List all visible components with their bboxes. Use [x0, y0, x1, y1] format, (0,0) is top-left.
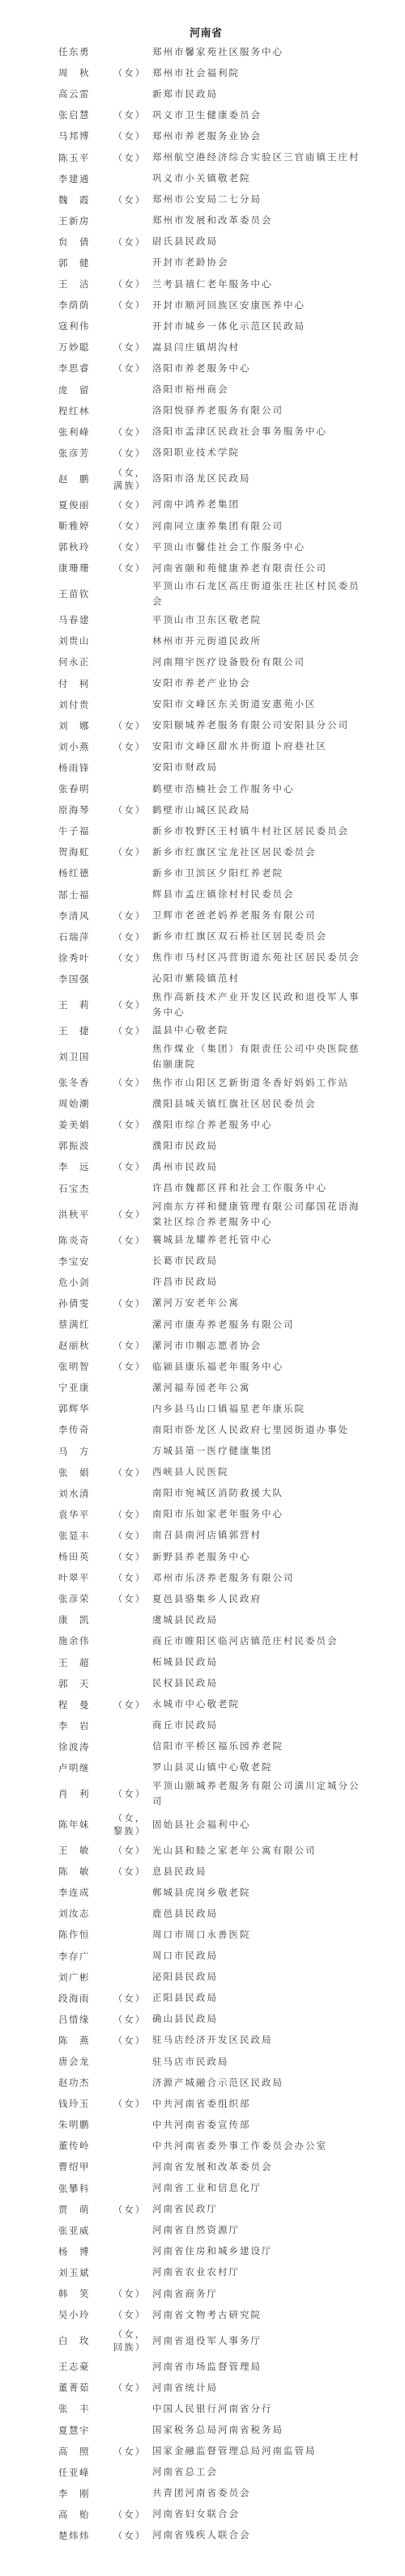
organization-name: 焦作市山阳区艺新街道冬香好妈妈工作站 — [152, 1075, 363, 1091]
list-item: 姜美娟 （女） 濮阳市综合养老服务中心 — [0, 1114, 405, 1135]
gender-ethnicity-note: （女） — [109, 2097, 151, 2110]
organization-name: 邓州市乐济养老服务有限公司 — [152, 1570, 363, 1586]
list-item: 马 方 方城县第一医疗健康集团 — [0, 1441, 405, 1462]
organization-name: 柘城县民政局 — [152, 1654, 363, 1670]
list-item: 夏慧宇 国家税务总局河南省税务局 — [0, 2419, 405, 2440]
person-name: 郭振波 — [58, 1139, 109, 1152]
organization-name: 卫辉市老爸老妈养老服务有限公司 — [152, 908, 363, 923]
person-name: 郭秋玲 — [58, 540, 109, 553]
organization-name: 南阳市宛城区消防救援大队 — [152, 1485, 363, 1501]
organization-name: 新郑市民政局 — [152, 87, 363, 102]
list-item: 高 贻 （女） 河南省妇女联合会 — [0, 2504, 405, 2525]
gender-ethnicity-note: （女） — [109, 498, 151, 511]
list-item: 周始潮 濮阳县城关镇红旗社区居民委员会 — [0, 1093, 405, 1114]
gender-ethnicity-note: （女） — [109, 1698, 151, 1711]
organization-name: 新乡市卫滨区夕阳红养老院 — [152, 866, 363, 881]
organization-name: 平顶山市馨佳社会工作服务中心 — [152, 540, 363, 555]
list-item: 王 洁 （女） 兰考县禧仁老年服务中心 — [0, 273, 405, 294]
person-name: 高 照 — [58, 2445, 109, 2458]
organization-name: 信阳市平桥区福乐园养老院 — [152, 1739, 363, 1754]
list-item: 董传岭 中共河南省委外事工作委员会办公室 — [0, 2135, 405, 2156]
organization-name: 夏邑县骆集乡人民政府 — [152, 1591, 363, 1607]
organization-name: 中共河南省委组织部 — [152, 2096, 363, 2112]
person-name: 张启慧 — [58, 108, 109, 121]
gender-ethnicity-note: （女，满族） — [109, 466, 151, 492]
person-name: 石宝杰 — [58, 1182, 109, 1195]
person-name: 张彦芳 — [58, 447, 109, 460]
organization-name: 平顶山市卫东区敬老院 — [152, 612, 363, 628]
organization-name: 郑州市馨家苑社区服务中心 — [152, 44, 363, 60]
gender-ethnicity-note: （女） — [109, 1865, 151, 1878]
list-item: 李存广 周口市民政局 — [0, 1946, 405, 1967]
organization-name: 国家税务总局河南省税务局 — [152, 2422, 363, 2438]
organization-name: 虞城县民政局 — [152, 1612, 363, 1628]
person-name: 康珊珊 — [58, 561, 109, 574]
organization-name: 洛阳悦驿养老服务有限公司 — [152, 403, 363, 418]
organization-name: 方城县第一医疗健康集团 — [152, 1443, 363, 1459]
list-item: 马春建 平顶山市卫东区敬老院 — [0, 609, 405, 630]
list-item: 康珊珊 （女） 河南省颐和苑健康养老有限责任公司 — [0, 557, 405, 578]
gender-ethnicity-note: （女） — [109, 1118, 151, 1131]
person-name: 张 丰 — [58, 2402, 109, 2415]
person-name: 原海琴 — [58, 803, 109, 816]
list-item: 蔡满红 漯河市康寿养老服务有限公司 — [0, 1314, 405, 1335]
person-name: 李传奇 — [58, 1423, 109, 1436]
list-item: 贠 倩 （女） 尉氏县民政局 — [0, 231, 405, 252]
organization-name: 兰考县禧仁老年服务中心 — [152, 277, 363, 292]
list-item: 钱玲玉 （女） 中共河南省委组织部 — [0, 2093, 405, 2114]
organization-name: 商丘市睢阳区临河店镇范庄村民委员会 — [152, 1633, 363, 1649]
person-name: 赵 鹏 — [58, 472, 109, 485]
person-name: 李 远 — [58, 1160, 109, 1173]
list-item: 段海雨 （女） 正阳县民政局 — [0, 1988, 405, 2009]
gender-ethnicity-note: （女） — [109, 2013, 151, 2026]
organization-name: 洛阳市养老服务中心 — [152, 361, 363, 376]
organization-name: 温县中心敬老院 — [152, 1023, 363, 1038]
person-name: 夏慧宇 — [58, 2424, 109, 2437]
list-item: 李 岩 商丘市民政局 — [0, 1715, 405, 1736]
list-item: 危小剑 许昌市民政局 — [0, 1272, 405, 1293]
list-item: 李国强 沁阳市紫陵镇范村 — [0, 968, 405, 989]
person-name: 楚炜炜 — [58, 2529, 109, 2542]
list-item: 任亚峰 河南省总工会 — [0, 2462, 405, 2483]
person-name: 韩 笑 — [58, 2287, 109, 2300]
organization-name: 濮阳县城关镇红旗社区居民委员会 — [152, 1096, 363, 1112]
organization-name: 长葛市民政局 — [152, 1253, 363, 1269]
list-item: 张春明 鹤壁市浩楠社会工作服务中心 — [0, 778, 405, 799]
person-name: 石瑞萍 — [58, 930, 109, 943]
list-item: 王新房 郑州市发展和改革委员会 — [0, 210, 405, 231]
list-item: 李宝安 长葛市民政局 — [0, 1251, 405, 1272]
list-item: 叶翠平 （女） 邓州市乐济养老服务有限公司 — [0, 1567, 405, 1588]
organization-name: 鹤壁市山城区民政局 — [152, 803, 363, 818]
gender-ethnicity-note: （女） — [109, 1466, 151, 1479]
gender-ethnicity-note: （女） — [109, 1234, 151, 1247]
list-item: 寇利伟 开封市城乡一体化示范区民政局 — [0, 316, 405, 337]
person-name: 张利峰 — [58, 426, 109, 439]
list-item: 赵 鹏 （女，满族） 洛阳市洛龙区民政局 — [0, 464, 405, 494]
list-item: 郭 天 民权县民政局 — [0, 1673, 405, 1694]
organization-name: 河南省工业和信息化厅 — [152, 2180, 363, 2196]
list-item: 周 秋 （女） 郑州市社会福利院 — [0, 62, 405, 83]
gender-ethnicity-note: （女） — [109, 2445, 151, 2458]
list-item: 石瑞萍 （女） 新乡市红旗区双石桥社区居民委员会 — [0, 926, 405, 947]
organization-name: 河南省妇女联合会 — [152, 2506, 363, 2522]
organization-name: 河南省文物考古研究院 — [152, 2307, 363, 2323]
list-item: 楚炜炜 （女） 河南省残疾人联合会 — [0, 2525, 405, 2546]
list-item: 刘汝志 鹿邑县民政局 — [0, 1903, 405, 1924]
list-item: 李清风 （女） 卫辉市老爸老妈养老服务有限公司 — [0, 905, 405, 926]
gender-ethnicity-note: （女） — [109, 951, 151, 964]
person-name: 蔡满红 — [58, 1318, 109, 1331]
list-item: 李 刚 共青团河南省委员会 — [0, 2483, 405, 2504]
organization-name: 安阳市养老产业协会 — [152, 676, 363, 691]
person-name: 郜士福 — [58, 888, 109, 901]
list-item: 王 莉 （女） 焦作高新技术产业开发区民政和退役军人事务中心 — [0, 989, 405, 1020]
list-item: 刘广彬 泌阳县民政局 — [0, 1967, 405, 1988]
list-item: 赵功杰 济源产城融合示范区民政局 — [0, 2072, 405, 2093]
person-name: 唐会龙 — [58, 2055, 109, 2068]
organization-name: 罗山县灵山镇中心敬老院 — [152, 1760, 363, 1775]
gender-ethnicity-note: （女） — [109, 845, 151, 858]
gender-ethnicity-note: （女） — [109, 909, 151, 922]
organization-name: 河南省自然资源厅 — [152, 2222, 363, 2238]
list-item: 贺海虹 （女） 新乡市红旗区宝龙社区居民委员会 — [0, 841, 405, 862]
person-name: 杨 博 — [58, 2245, 109, 2258]
person-name: 贺海虹 — [58, 845, 109, 858]
list-item: 杨雨锋 安阳市财政局 — [0, 757, 405, 778]
organization-name: 焦作市马村区冯营街道东苑社区居民委员会 — [152, 950, 363, 965]
organization-name: 开封市顺河回族区安康医养中心 — [152, 298, 363, 313]
organization-name: 南召县南河店镇郭营村 — [152, 1527, 363, 1543]
person-name: 郭 天 — [58, 1677, 109, 1690]
person-name: 卢明继 — [58, 1761, 109, 1774]
gender-ethnicity-note: （女） — [109, 235, 151, 248]
organization-name: 西峡县人民医院 — [152, 1464, 363, 1480]
list-item: 程红林 洛阳悦驿养老服务有限公司 — [0, 400, 405, 422]
person-name: 刘玉斌 — [58, 2266, 109, 2279]
gender-ethnicity-note: （女） — [109, 519, 151, 532]
person-name: 靳雅婷 — [58, 519, 109, 532]
list-item: 李荫荫 （女） 开封市顺河回族区安康医养中心 — [0, 294, 405, 316]
list-item: 靳雅婷 （女） 河南同立康养集团有限公司 — [0, 515, 405, 536]
organization-name: 濮阳市综合养老服务中心 — [152, 1117, 363, 1133]
list-item: 张彦芳 （女） 洛阳职业技术学院 — [0, 443, 405, 464]
list-item: 张亚威 河南省自然资源厅 — [0, 2220, 405, 2241]
list-item: 石宝杰 许昌市魏都区祥和社会工作服务中心 — [0, 1178, 405, 1199]
list-item: 刘玉斌 河南省农业农村厅 — [0, 2262, 405, 2283]
person-name: 刘 娜 — [58, 719, 109, 732]
person-name: 高云雷 — [58, 87, 109, 100]
list-item: 宁亚康 漯河福寿园老年公寓 — [0, 1377, 405, 1398]
gender-ethnicity-note: （女） — [109, 1571, 151, 1584]
gender-ethnicity-note: （女） — [109, 108, 151, 121]
organization-name: 洛阳职业技术学院 — [152, 445, 363, 460]
person-name: 康 凯 — [58, 1613, 109, 1626]
gender-ethnicity-note: （女） — [109, 1360, 151, 1373]
person-name: 肖 利 — [58, 1787, 109, 1800]
organization-name: 河南省市场监督管理局 — [152, 2359, 363, 2375]
list-item: 魏 霞 （女） 郑州市公安局二七分局 — [0, 189, 405, 210]
organization-name: 河南翔宇医疗设备股份有限公司 — [152, 655, 363, 670]
person-name: 高 贻 — [58, 2508, 109, 2521]
person-name: 姜美娟 — [58, 1118, 109, 1131]
list-item: 张 丰 中国人民银行河南省分行 — [0, 2398, 405, 2419]
gender-ethnicity-note: （女） — [109, 362, 151, 375]
gender-ethnicity-note: （女） — [109, 278, 151, 290]
list-item: 刘贵山 林州市开元街道民政所 — [0, 630, 405, 651]
person-name: 陈玉平 — [58, 151, 109, 164]
gender-ethnicity-note: （女） — [109, 2034, 151, 2047]
list-item: 王志豪 河南省市场监督管理局 — [0, 2356, 405, 2377]
person-name: 李宝安 — [58, 1255, 109, 1268]
person-name: 徐波涛 — [58, 1740, 109, 1753]
list-item: 郭振波 濮阳市民政局 — [0, 1135, 405, 1156]
organization-name: 沁阳市紫陵镇范村 — [152, 971, 363, 986]
organization-name: 泌阳县民政局 — [152, 1969, 363, 1985]
person-name: 李存广 — [58, 1950, 109, 1963]
list-item: 肖 利 （女） 平顶山颐城养老服务有限公司潢川定城分公司 — [0, 1778, 405, 1809]
person-name: 施余伟 — [58, 1634, 109, 1647]
person-name: 马邦博 — [58, 129, 109, 142]
list-item: 陈作恒 周口市周口永善医院 — [0, 1924, 405, 1945]
organization-name: 开封市城乡一体化示范区民政局 — [152, 319, 363, 334]
gender-ethnicity-note: （女） — [109, 426, 151, 439]
organization-name: 巩义市小关镇敬老院 — [152, 171, 363, 186]
gender-ethnicity-note: （女） — [109, 193, 151, 206]
gender-ethnicity-note: （女） — [109, 2203, 151, 2216]
gender-ethnicity-note: （女） — [109, 1592, 151, 1605]
list-item: 付 柯 安阳市养老产业协会 — [0, 673, 405, 694]
list-item: 施余伟 商丘市睢阳区临河店镇范庄村民委员会 — [0, 1630, 405, 1651]
person-name: 任东勇 — [58, 45, 109, 58]
person-name: 李连成 — [58, 1886, 109, 1899]
list-item: 万妙聪 （女） 嵩县闫庄镇胡沟村 — [0, 337, 405, 358]
gender-ethnicity-note: （女，黎族） — [109, 1811, 151, 1837]
list-item: 李建通 巩义市小关镇敬老院 — [0, 168, 405, 189]
organization-name: 中共河南省委宣传部 — [152, 2117, 363, 2133]
organization-name: 驻马店市民政局 — [152, 2054, 363, 2070]
organization-name: 河南省统计局 — [152, 2380, 363, 2396]
list-item: 卢明继 罗山县灵山镇中心敬老院 — [0, 1757, 405, 1778]
person-name: 王 莉 — [58, 998, 109, 1011]
organization-name: 共青团河南省委员会 — [152, 2485, 363, 2501]
gender-ethnicity-note: （女） — [109, 1844, 151, 1857]
gender-ethnicity-note: （女） — [109, 540, 151, 553]
list-item: 张启慧 （女） 巩义市卫生健康委员会 — [0, 104, 405, 125]
organization-name: 洛阳市洛龙区民政局 — [152, 471, 363, 486]
gender-ethnicity-note: （女） — [109, 1787, 151, 1800]
person-name: 吕惜缘 — [58, 2013, 109, 2026]
person-name: 周始潮 — [58, 1097, 109, 1110]
gender-ethnicity-note: （女） — [109, 740, 151, 753]
person-name: 刘贵山 — [58, 634, 109, 647]
gender-ethnicity-note: （女） — [109, 930, 151, 943]
organization-name: 南阳市卧龙区人民政府七里园街道办事处 — [152, 1422, 363, 1438]
person-name: 刘付贵 — [58, 698, 109, 711]
organization-name: 新乡市牧野区王村镇牛村社区居民委员会 — [152, 824, 363, 839]
list-item: 王 捷 （女） 温县中心敬老院 — [0, 1020, 405, 1041]
list-item: 程 曼 （女） 永城市中心敬老院 — [0, 1694, 405, 1715]
organization-name: 河南省民政厅 — [152, 2201, 363, 2217]
honoree-list: 任东勇 郑州市馨家苑社区服务中心 周 秋 （女） 郑州市社会福利院 高云雷 新郑… — [0, 41, 405, 2546]
organization-name: 许昌市民政局 — [152, 1274, 363, 1290]
organization-name: 漯河市康寿养老服务有限公司 — [152, 1317, 363, 1332]
organization-name: 固始县社会福利中心 — [152, 1817, 363, 1832]
person-name: 王 捷 — [58, 1024, 109, 1037]
organization-name: 河南省残疾人联合会 — [152, 2527, 363, 2543]
list-item: 杨 博 河南省住房和城乡建设厅 — [0, 2241, 405, 2262]
list-item: 李传奇 南阳市卧龙区人民政府七里园街道办事处 — [0, 1419, 405, 1440]
organization-name: 光山县和睦之家老年公寓有限公司 — [152, 1843, 363, 1858]
person-name: 程红林 — [58, 405, 109, 417]
organization-name: 河南省商务厅 — [152, 2286, 363, 2302]
list-item: 贾 萌 （女） 河南省民政厅 — [0, 2199, 405, 2220]
list-item: 韩 笑 （女） 河南省商务厅 — [0, 2283, 405, 2304]
organization-name: 河南省农业农村厅 — [152, 2265, 363, 2280]
organization-name: 河南东方祥和健康管理有限公司鄢国花语海棠社区综合养老服务中心 — [152, 1199, 363, 1230]
person-name: 贾 萌 — [58, 2203, 109, 2216]
organization-name: 焦作高新技术产业开发区民政和退役军人事务中心 — [152, 989, 363, 1020]
person-name: 段海雨 — [58, 1992, 109, 2005]
gender-ethnicity-note: （女） — [109, 998, 151, 1011]
person-name: 王 超 — [58, 1656, 109, 1669]
person-name: 王新房 — [58, 214, 109, 227]
person-name: 陈炎奇 — [58, 1234, 109, 1247]
person-name: 王志豪 — [58, 2360, 109, 2373]
person-name: 张冬香 — [58, 1076, 109, 1089]
list-item: 张显丰 （女） 南召县南河店镇郭营村 — [0, 1525, 405, 1546]
organization-name: 南阳市乐如家老年服务中心 — [152, 1506, 363, 1522]
person-name: 张攀科 — [58, 2182, 109, 2195]
list-item: 李连成 郸城县虎岗乡敬老院 — [0, 1882, 405, 1903]
person-name: 赵功杰 — [58, 2076, 109, 2089]
gender-ethnicity-note: （女） — [109, 1550, 151, 1563]
list-item: 洪秋平 （女） 河南东方祥和健康管理有限公司鄢国花语海棠社区综合养老服务中心 — [0, 1199, 405, 1230]
list-item: 陈玉平 （女） 郑州航空港经济综合实验区三官庙镇王庄村 — [0, 146, 405, 167]
list-item: 张明智 （女） 临颍县康乐福老年服务中心 — [0, 1356, 405, 1377]
person-name: 曹绍甲 — [58, 2160, 109, 2173]
list-item: 王 敏 （女） 光山县和睦之家老年公寓有限公司 — [0, 1840, 405, 1861]
gender-ethnicity-note: （女） — [109, 2381, 151, 2394]
organization-name: 周口市民政局 — [152, 1948, 363, 1964]
gender-ethnicity-note: （女） — [109, 341, 151, 354]
list-item: 张攀科 河南省工业和信息化厅 — [0, 2178, 405, 2199]
organization-name: 河南省颐和苑健康养老有限责任公司 — [152, 561, 363, 576]
organization-name: 河南省发展和改革委员会 — [152, 2159, 363, 2175]
gender-ethnicity-note: （女） — [109, 1339, 151, 1352]
person-name: 洪秋平 — [58, 1208, 109, 1221]
province-title: 河南省 — [0, 24, 405, 40]
person-name: 张 娟 — [58, 1466, 109, 1479]
gender-ethnicity-note: （女） — [109, 1992, 151, 2005]
organization-name: 济源产城融合示范区民政局 — [152, 2075, 363, 2091]
person-name: 袁华平 — [58, 1508, 109, 1521]
organization-name: 平顶山颐城养老服务有限公司潢川定城分公司 — [152, 1778, 363, 1809]
organization-name: 漯河市巾帼志愿者协会 — [152, 1338, 363, 1354]
gender-ethnicity-note: （女） — [109, 1297, 151, 1310]
gender-ethnicity-note: （女） — [109, 2287, 151, 2300]
person-name: 李 刚 — [58, 2487, 109, 2500]
organization-name: 正阳县民政局 — [152, 1990, 363, 2006]
list-item: 徐波涛 信阳市平桥区福乐园养老院 — [0, 1736, 405, 1757]
organization-name: 新野县养老服务中心 — [152, 1549, 363, 1565]
gender-ethnicity-note: （女） — [109, 66, 151, 79]
person-name: 万妙聪 — [58, 341, 109, 354]
organization-name: 漯河福寿园老年公寓 — [152, 1380, 363, 1396]
organization-name: 开封市老龄协会 — [152, 255, 363, 270]
list-item: 何永正 河南翔宇医疗设备股份有限公司 — [0, 651, 405, 672]
organization-name: 平顶山市石龙区高庄街道张庄社区村民委员会 — [152, 578, 363, 609]
person-name: 李思睿 — [58, 362, 109, 375]
organization-name: 漯河万安老年公寓 — [152, 1295, 363, 1311]
organization-name: 郑州市养老服务业协会 — [152, 129, 363, 144]
organization-name: 安阳市文峰区甜水井街道卜府巷社区 — [152, 739, 363, 754]
person-name: 董传岭 — [58, 2139, 109, 2152]
person-name: 孙倩雯 — [58, 1297, 109, 1310]
person-name: 赵丽秋 — [58, 1339, 109, 1352]
gender-ethnicity-note: （女） — [109, 299, 151, 311]
list-item: 吴小玲 （女） 河南省文物考古研究院 — [0, 2304, 405, 2325]
person-name: 贠 倩 — [58, 235, 109, 248]
organization-name: 河南中鸿养老集团 — [152, 497, 363, 512]
list-item: 杨红德 新乡市卫滨区夕阳红养老院 — [0, 862, 405, 883]
person-name: 王 敏 — [58, 1844, 109, 1857]
gender-ethnicity-note: （女） — [109, 1024, 151, 1037]
list-item: 刘 娜 （女） 安阳颐城养老服务有限公司安阳县分公司 — [0, 715, 405, 736]
list-item: 陈 燕 （女） 驻马店经济开发区民政局 — [0, 2030, 405, 2051]
list-item: 李思睿 （女） 洛阳市养老服务中心 — [0, 358, 405, 379]
gender-ethnicity-note: （女） — [109, 151, 151, 164]
organization-name: 郑州市社会福利院 — [152, 66, 363, 81]
person-name: 郭辉华 — [58, 1402, 109, 1415]
person-name: 刘水清 — [58, 1487, 109, 1500]
gender-ethnicity-note: （女） — [109, 1076, 151, 1089]
list-item: 高云雷 新郑市民政局 — [0, 83, 405, 104]
person-name: 马春建 — [58, 613, 109, 626]
list-item: 陈炎奇 （女） 襄城县龙耀养老托管中心 — [0, 1230, 405, 1251]
list-item: 李 远 （女） 禹州市民政局 — [0, 1156, 405, 1177]
list-item: 张冬香 （女） 焦作市山阳区艺新街道冬香好妈妈工作站 — [0, 1072, 405, 1093]
organization-name: 息县民政局 — [152, 1864, 363, 1879]
person-name: 李 岩 — [58, 1719, 109, 1732]
organization-name: 河南同立康养集团有限公司 — [152, 519, 363, 534]
list-item: 郭 健 开封市老龄协会 — [0, 252, 405, 273]
gender-ethnicity-note: （女） — [109, 447, 151, 460]
person-name: 叶翠平 — [58, 1571, 109, 1584]
organization-name: 中国人民银行河南省分行 — [152, 2401, 363, 2417]
list-item: 袁华平 （女） 南阳市乐如家老年服务中心 — [0, 1504, 405, 1525]
organization-name: 中共河南省委外事工作委员会办公室 — [152, 2138, 363, 2154]
gender-ethnicity-note: （女） — [109, 1508, 151, 1521]
list-item: 原海琴 （女） 鹤壁市山城区民政局 — [0, 799, 405, 820]
person-name: 李国强 — [58, 972, 109, 985]
organization-name: 民权县民政局 — [152, 1676, 363, 1691]
organization-name: 驻马店经济开发区民政局 — [152, 2032, 363, 2048]
organization-name: 巩义市卫生健康委员会 — [152, 108, 363, 123]
list-item: 康 凯 虞城县民政局 — [0, 1609, 405, 1630]
person-name: 吴小玲 — [58, 2308, 109, 2321]
list-item: 庞 留 洛阳市裕州商会 — [0, 379, 405, 400]
person-name: 寇利伟 — [58, 320, 109, 333]
person-name: 宁亚康 — [58, 1381, 109, 1394]
organization-name: 安阳颐城养老服务有限公司安阳县分公司 — [152, 718, 363, 733]
list-item: 王 超 柘城县民政局 — [0, 1651, 405, 1672]
person-name: 牛子福 — [58, 824, 109, 837]
list-item: 徐秀叶 （女） 焦作市马村区冯营街道东苑社区居民委员会 — [0, 947, 405, 968]
organization-name: 洛阳市孟津区民政社会事务服务中心 — [152, 424, 363, 439]
list-item: 陈 敏 （女） 息县民政局 — [0, 1861, 405, 1882]
